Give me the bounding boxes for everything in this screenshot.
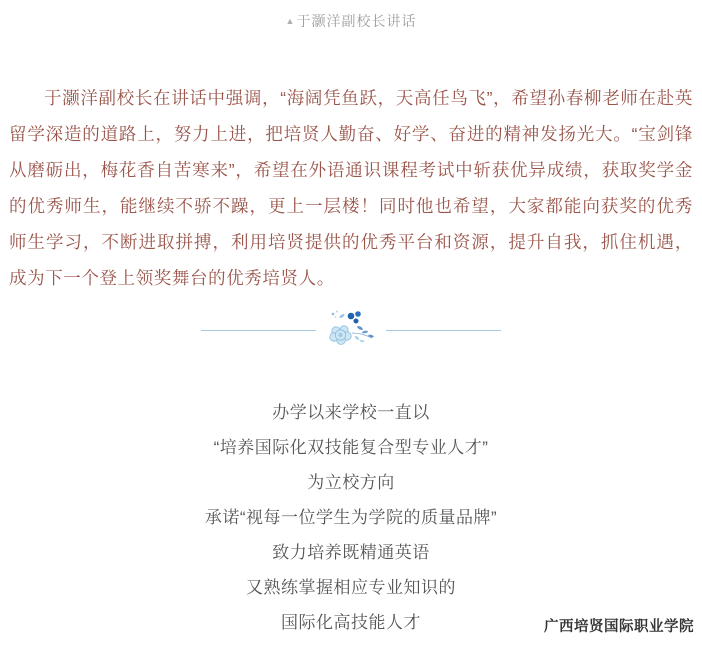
triangle-marker-icon: ▲ — [286, 16, 296, 26]
motto-line: 致力培养既精通英语 — [0, 535, 702, 570]
motto-line: 办学以来学校一直以 — [0, 395, 702, 430]
divider-line-right — [386, 330, 501, 331]
school-name: 广西培贤国际职业学院 — [544, 615, 694, 636]
motto-line: 又熟练掌握相应专业知识的 — [0, 570, 702, 605]
divider-line-left — [201, 330, 316, 331]
motto-block: 办学以来学校一直以 “培养国际化双技能复合型专业人才” 为立校方向 承诺“视每一… — [0, 395, 702, 640]
watercolor-flower-icon — [324, 307, 378, 347]
speech-paragraph: 于灏洋副校长在讲话中强调，“海阔凭鱼跃，天高任鸟飞”，希望孙春柳老师在赴英留学深… — [9, 80, 693, 296]
photo-caption: ▲于灏洋副校长讲话 — [0, 0, 702, 31]
motto-line: “培养国际化双技能复合型专业人才” — [0, 430, 702, 465]
motto-line: 承诺“视每一位学生为学院的质量品牌” — [0, 500, 702, 535]
section-divider — [0, 310, 702, 350]
motto-line: 为立校方向 — [0, 465, 702, 500]
article-page: ▲于灏洋副校长讲话 于灏洋副校长在讲话中强调，“海阔凭鱼跃，天高任鸟飞”，希望孙… — [0, 0, 702, 648]
photo-caption-text: 于灏洋副校长讲话 — [296, 13, 416, 29]
